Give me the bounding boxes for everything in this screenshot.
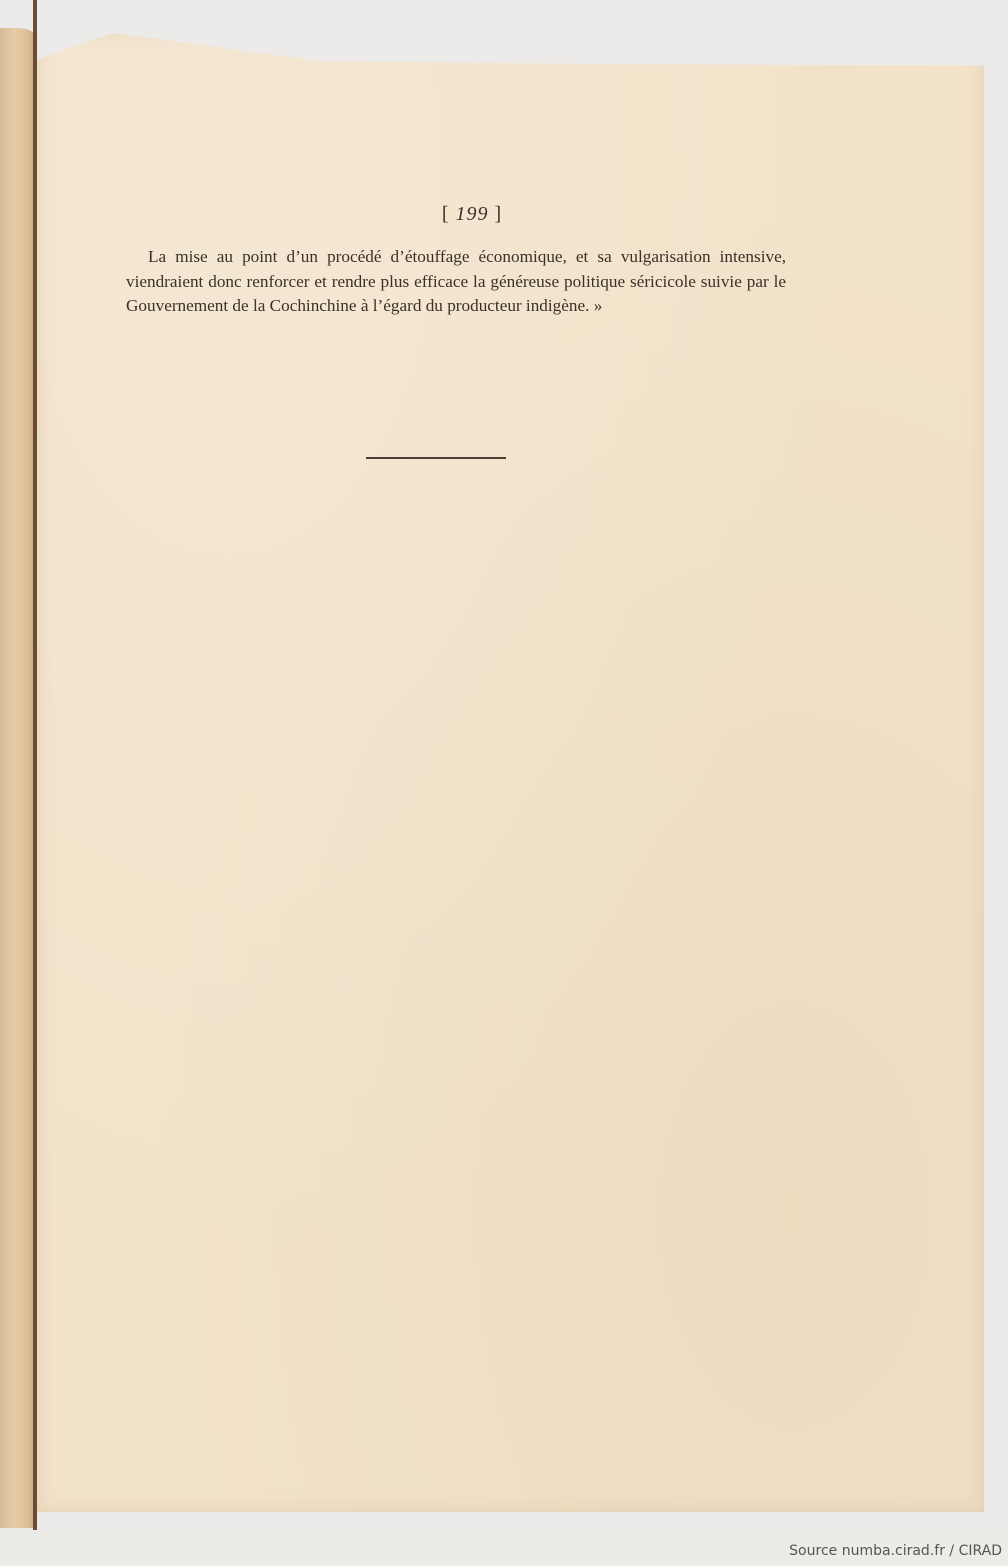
section-divider [366,457,506,459]
bracket-open: [ [442,203,450,225]
bracket-close: ] [495,203,503,225]
page-number: [ 199 ] [37,203,907,226]
source-credit: Source numba.cirad.fr / CIRAD [789,1543,1002,1559]
book-spine [33,0,37,1530]
page-number-value: 199 [456,203,489,225]
body-paragraph: La mise au point d’un procédé d’étouffag… [126,245,786,319]
previous-page-edge [0,28,36,1528]
document-page: [ 199 ] La mise au point d’un procédé d’… [37,30,984,1512]
